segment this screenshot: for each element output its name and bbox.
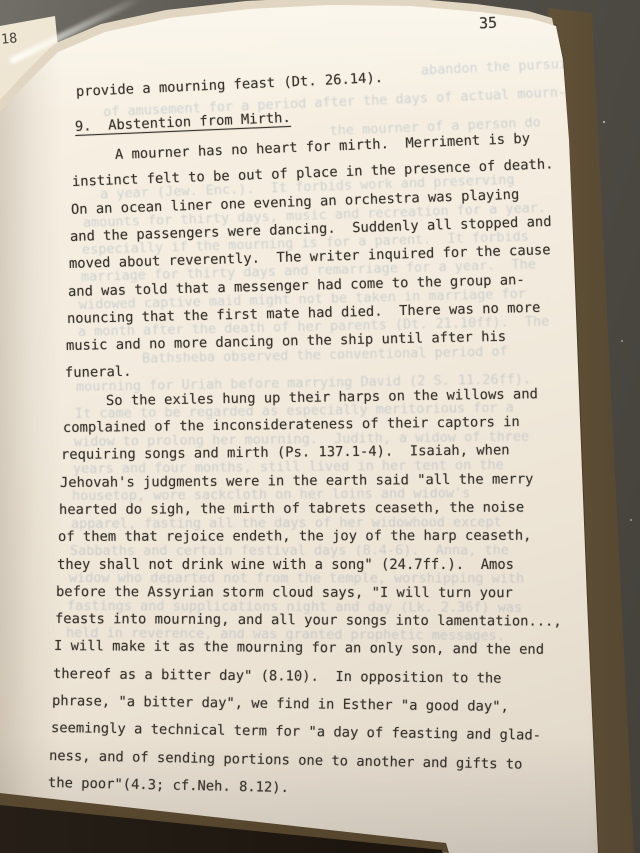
- typed-line: they shall not drink wine with a song" (…: [57, 559, 514, 573]
- typed-line: Jehovah's judgments were in the earth sa…: [60, 473, 534, 491]
- previous-page-number: 18: [0, 30, 18, 47]
- typed-line: I will make it as the mourning for an on…: [54, 640, 544, 658]
- typed-line: seemingly a technical term for "a day of…: [50, 722, 540, 743]
- typed-line: before the Assyrian storm cloud says, "I…: [56, 586, 513, 601]
- typed-line: the poor"(4.3; cf.Neh. 8.12).: [48, 777, 289, 796]
- manuscript-page: abandon the pursuit of amusement for a p…: [0, 0, 640, 853]
- page-number: 35: [479, 14, 498, 33]
- typed-line: thereof as a bitter day" (8.10). In oppo…: [53, 668, 502, 686]
- typed-line: hearted do sigh, the mirth of tabrets ce…: [59, 501, 524, 517]
- typed-line: ness, and of sending portions one to ano…: [49, 750, 523, 772]
- typed-line: funeral.: [65, 366, 132, 381]
- typed-line: of them that rejoice endeth, the joy of …: [58, 530, 532, 545]
- typed-line: phrase, "a bitter day", we find in Esthe…: [52, 695, 509, 715]
- typed-line: feasts into mourning, and all your songs…: [55, 613, 562, 629]
- photo-of-typed-page: 18 abandon the pursuit of amusement for …: [0, 0, 640, 853]
